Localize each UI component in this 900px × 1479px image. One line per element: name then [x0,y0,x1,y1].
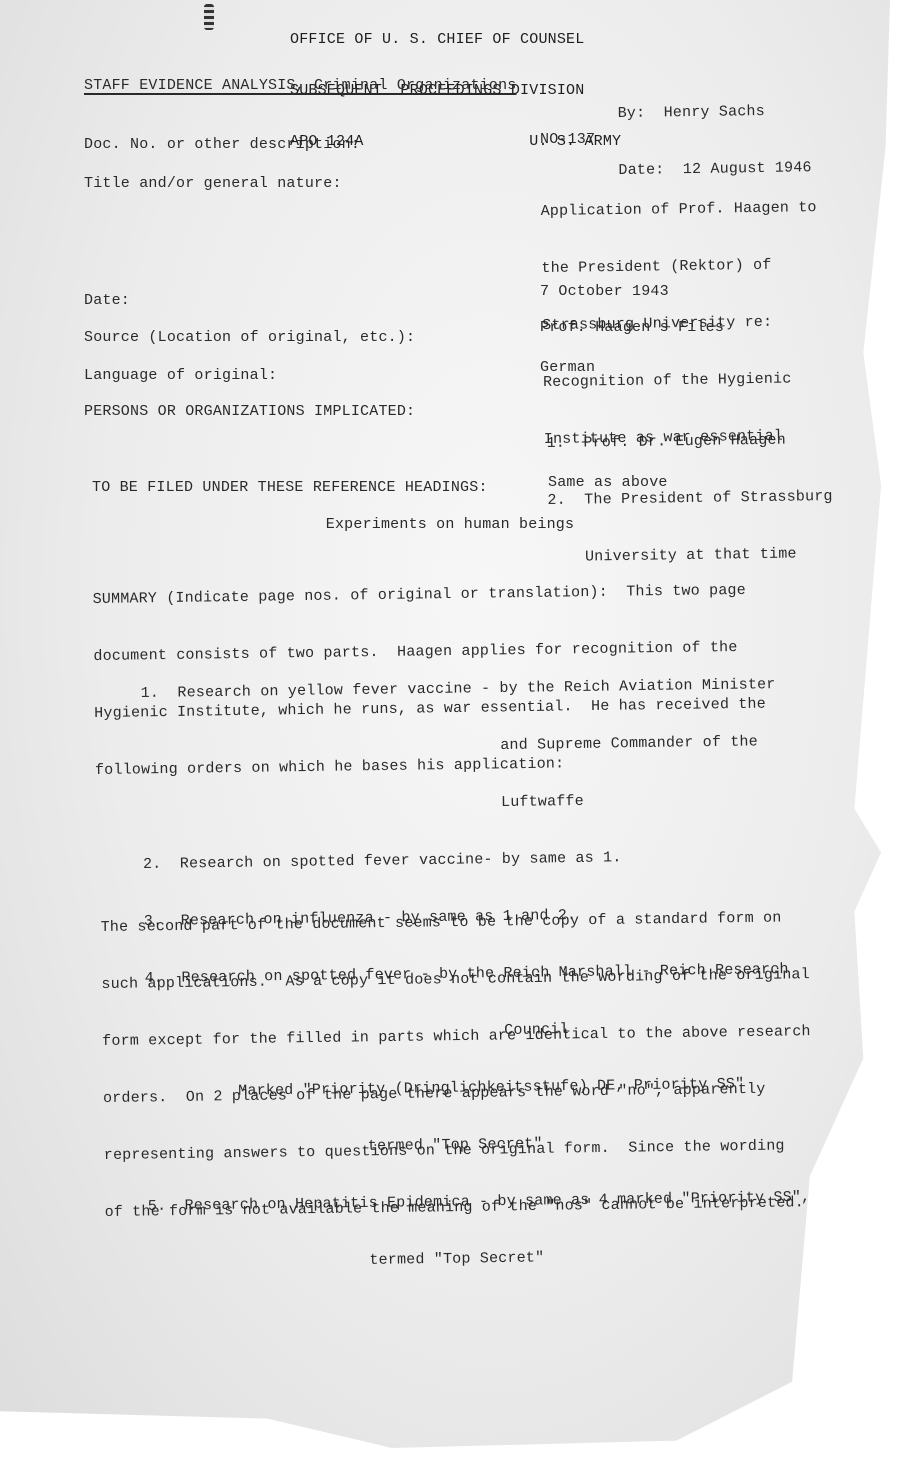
document-title: STAFF EVIDENCE ANALYSIS, Criminal Organi… [84,76,516,95]
title-line: the President (Rektor) of [541,255,817,278]
order-item-continued: Luftwaffe [142,789,805,817]
second-part-text: The second part of the document seems to… [100,870,813,1241]
doc-no-label: Doc. No. or other description: [84,135,360,154]
summary-line: SUMMARY (Indicate page nos. of original … [93,581,765,609]
order-note: termed "Top Secret" [148,1245,811,1273]
author-name: By: Henry Sachs [618,101,811,123]
header-line: OFFICE OF U. S. CHIEF OF COUNSEL [290,31,621,48]
source-value: Prof. Haagen's Files [540,318,724,337]
title-nature-label: Title and/or general nature: [84,174,342,193]
source-label: Source (Location of original, etc.): [84,328,415,347]
paragraph-line: orders. On 2 places of the page there ap… [103,1079,812,1108]
paragraph-line: such applications. As a copy it does not… [101,965,810,994]
paragraph-line: representing answers to questions on the… [104,1136,813,1165]
paragraph-line: of the form is not available the meaning… [105,1193,814,1222]
reference-label: TO BE FILED UNDER THESE REFERENCE HEADIN… [92,478,488,497]
paragraph-line: form except for the filled in parts whic… [102,1022,811,1051]
title-line: Application of Prof. Haagen to [541,198,817,221]
paragraph-line: The second part of the document seems to… [101,908,810,937]
language-label: Language of original: [84,366,277,385]
language-value: German [540,358,595,377]
persons-label: PERSONS OR ORGANIZATIONS IMPLICATED: [84,402,415,421]
doc-no-value: NO-137 [540,130,595,149]
reference-value: Same as above [548,473,668,492]
date-label: Date: [84,291,130,310]
staple-mark [204,4,214,30]
order-item: 1. Research on yellow fever vaccine - by… [141,675,804,703]
order-item-continued: and Supreme Commander of the [141,732,804,760]
reference-heading: Experiments on human beings [0,515,900,534]
order-item: 2. Research on spotted fever vaccine- by… [143,846,806,874]
date-value: 7 October 1943 [540,282,669,301]
person-item: 1. Prof. Dr. Eugen Haagen [547,430,832,453]
